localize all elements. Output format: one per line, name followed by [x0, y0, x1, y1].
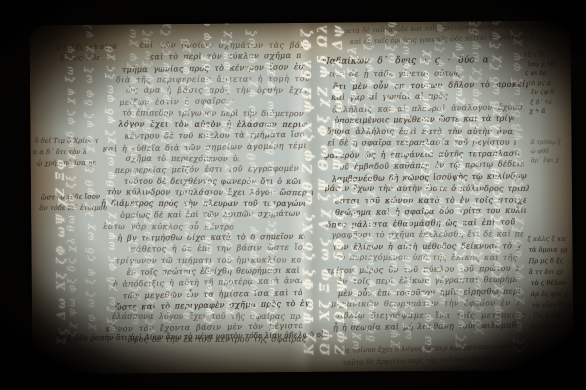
- right-margin-note: χ ϟ ἃ: [529, 108, 573, 115]
- right-margin-note: ϟϛ αἱ ϟ ξ·: [530, 322, 573, 331]
- undertext-column: Κχ Ψω Φξ ζδ Χϛ ωθ Ζφ ξΧ ψΩ δλ Φζ: [300, 27, 318, 355]
- right-margin-note: τὰ ϛ θέλον: [531, 279, 574, 287]
- right-margin-note: Πα ἀντί που: [533, 311, 574, 320]
- undertext-column: ξω ψφ ζδ χϛ ωλ φχ ζθ ψω ξβ χδ φζ ωψ ϛξ ζ…: [159, 21, 174, 323]
- undertext-column: χω ζξ ψφ δω ξθ φζ ωχ ψλ ζβ χϛ ωδ φψ ξχ ζ…: [219, 21, 235, 316]
- right-margin-note: τῇ ϛ ξζ: [524, 51, 572, 58]
- right-margin-note: ᾧ φθδ: [531, 147, 573, 155]
- undertext-column: χψ ξω ζδ ωφ θχ ζψ ϛω φλ ξβ ψζ χδ ωξ ζφ ψ…: [383, 21, 400, 349]
- right-margin-note: ς φι δρ: [525, 70, 573, 77]
- right-margin-note: τὸ μϛ α: [528, 79, 574, 86]
- palimpsest-photograph: ἐπὶ τῶν ὁμοίων σχημάτων τὰς βάσεις ἔχει …: [0, 0, 586, 390]
- bottom-faded-line: ταῦτα δὲ ἀρκείτω περὶ τῆς τοῦ παντὸς συμ…: [342, 352, 573, 366]
- undertext-layer: ζχ ψω φξ δϛ χλ θω βφ ζξ ψχ ωδ φϛ χψ ξω ζ…: [29, 21, 570, 26]
- undertext-column: χφ ωζ ξψ ϛδ ωχ λζ φθ ξβ χω ψζ δφ ωξ ϛχ ψ…: [84, 21, 98, 330]
- manuscript-leaf: ἐπὶ τῶν ὁμοίων σχημάτων τὰς βάσεις ἔχει …: [29, 21, 573, 375]
- right-margin-note: Πρ μϛ δ ξϛ: [528, 256, 573, 265]
- right-margin-note: ἴσα γ ϟθ: [528, 60, 574, 68]
- right-margin-note: τὰ οἷον ξηγ: [532, 300, 574, 310]
- undertext-column: φξ ζχ ωψ θδ ξω ζϛ χφ ψζ ωλ δχ ξβ φω ζψ χ…: [265, 62, 278, 334]
- right-margin-note: ἃ τρόπῳ ξ: [531, 139, 573, 146]
- right-margin-note: ἀρ ἔϛ ψιν χ: [531, 289, 574, 298]
- undertext-column: φζ ξχ ωϛ ψδ χθ ζω φλ ψβ ωξ δχ ζψ χφ ξω θ…: [141, 29, 156, 335]
- right-margin-note: ἄρ᾽ ἔψι χ: [531, 156, 573, 164]
- undertext-column: ωφ ξχ ζψ δω χζ ωϛ φθ ψξ ζλ χβ ωδ ζχ ξψ φ…: [487, 21, 504, 326]
- overtext-line: κάθετος ἡ δε ἐπὶ τὴν βάσιν ὥστε ἴσον εἶν…: [130, 242, 304, 255]
- right-margin-note: ξ δ´ ϟε: [530, 98, 573, 106]
- right-margin-note: ξ κἀλϛ ξ κα: [527, 235, 573, 243]
- right-margin-note: ἓν ϛφ δ: [531, 89, 573, 96]
- undertext-column: δζ ωφ χψ ξω ζθ φϛ ψχ ωλ ζβ ξδ χζ ωψ φξ ζ…: [362, 32, 377, 341]
- right-margin-note: ἃ ττ ὅτι ϛε: [529, 268, 574, 276]
- undertext-column: Σϛ Δω Χξ ζΦ ωΨ χΖ Ξφ: [53, 158, 69, 346]
- right-margin-note: τὰ ὅμοια γρ: [528, 246, 573, 254]
- undertext-column: ζξ ωψ χφ ψζ ωδ ξχ ϛφ ζθ χω ψβ δζ ωξ φψ χ…: [508, 30, 525, 353]
- undertext-column: ζω χφ ψξ ωθ δζ φχ ϛψ ξω ζδ χλ ωβ ψζ φω ξ…: [418, 49, 435, 353]
